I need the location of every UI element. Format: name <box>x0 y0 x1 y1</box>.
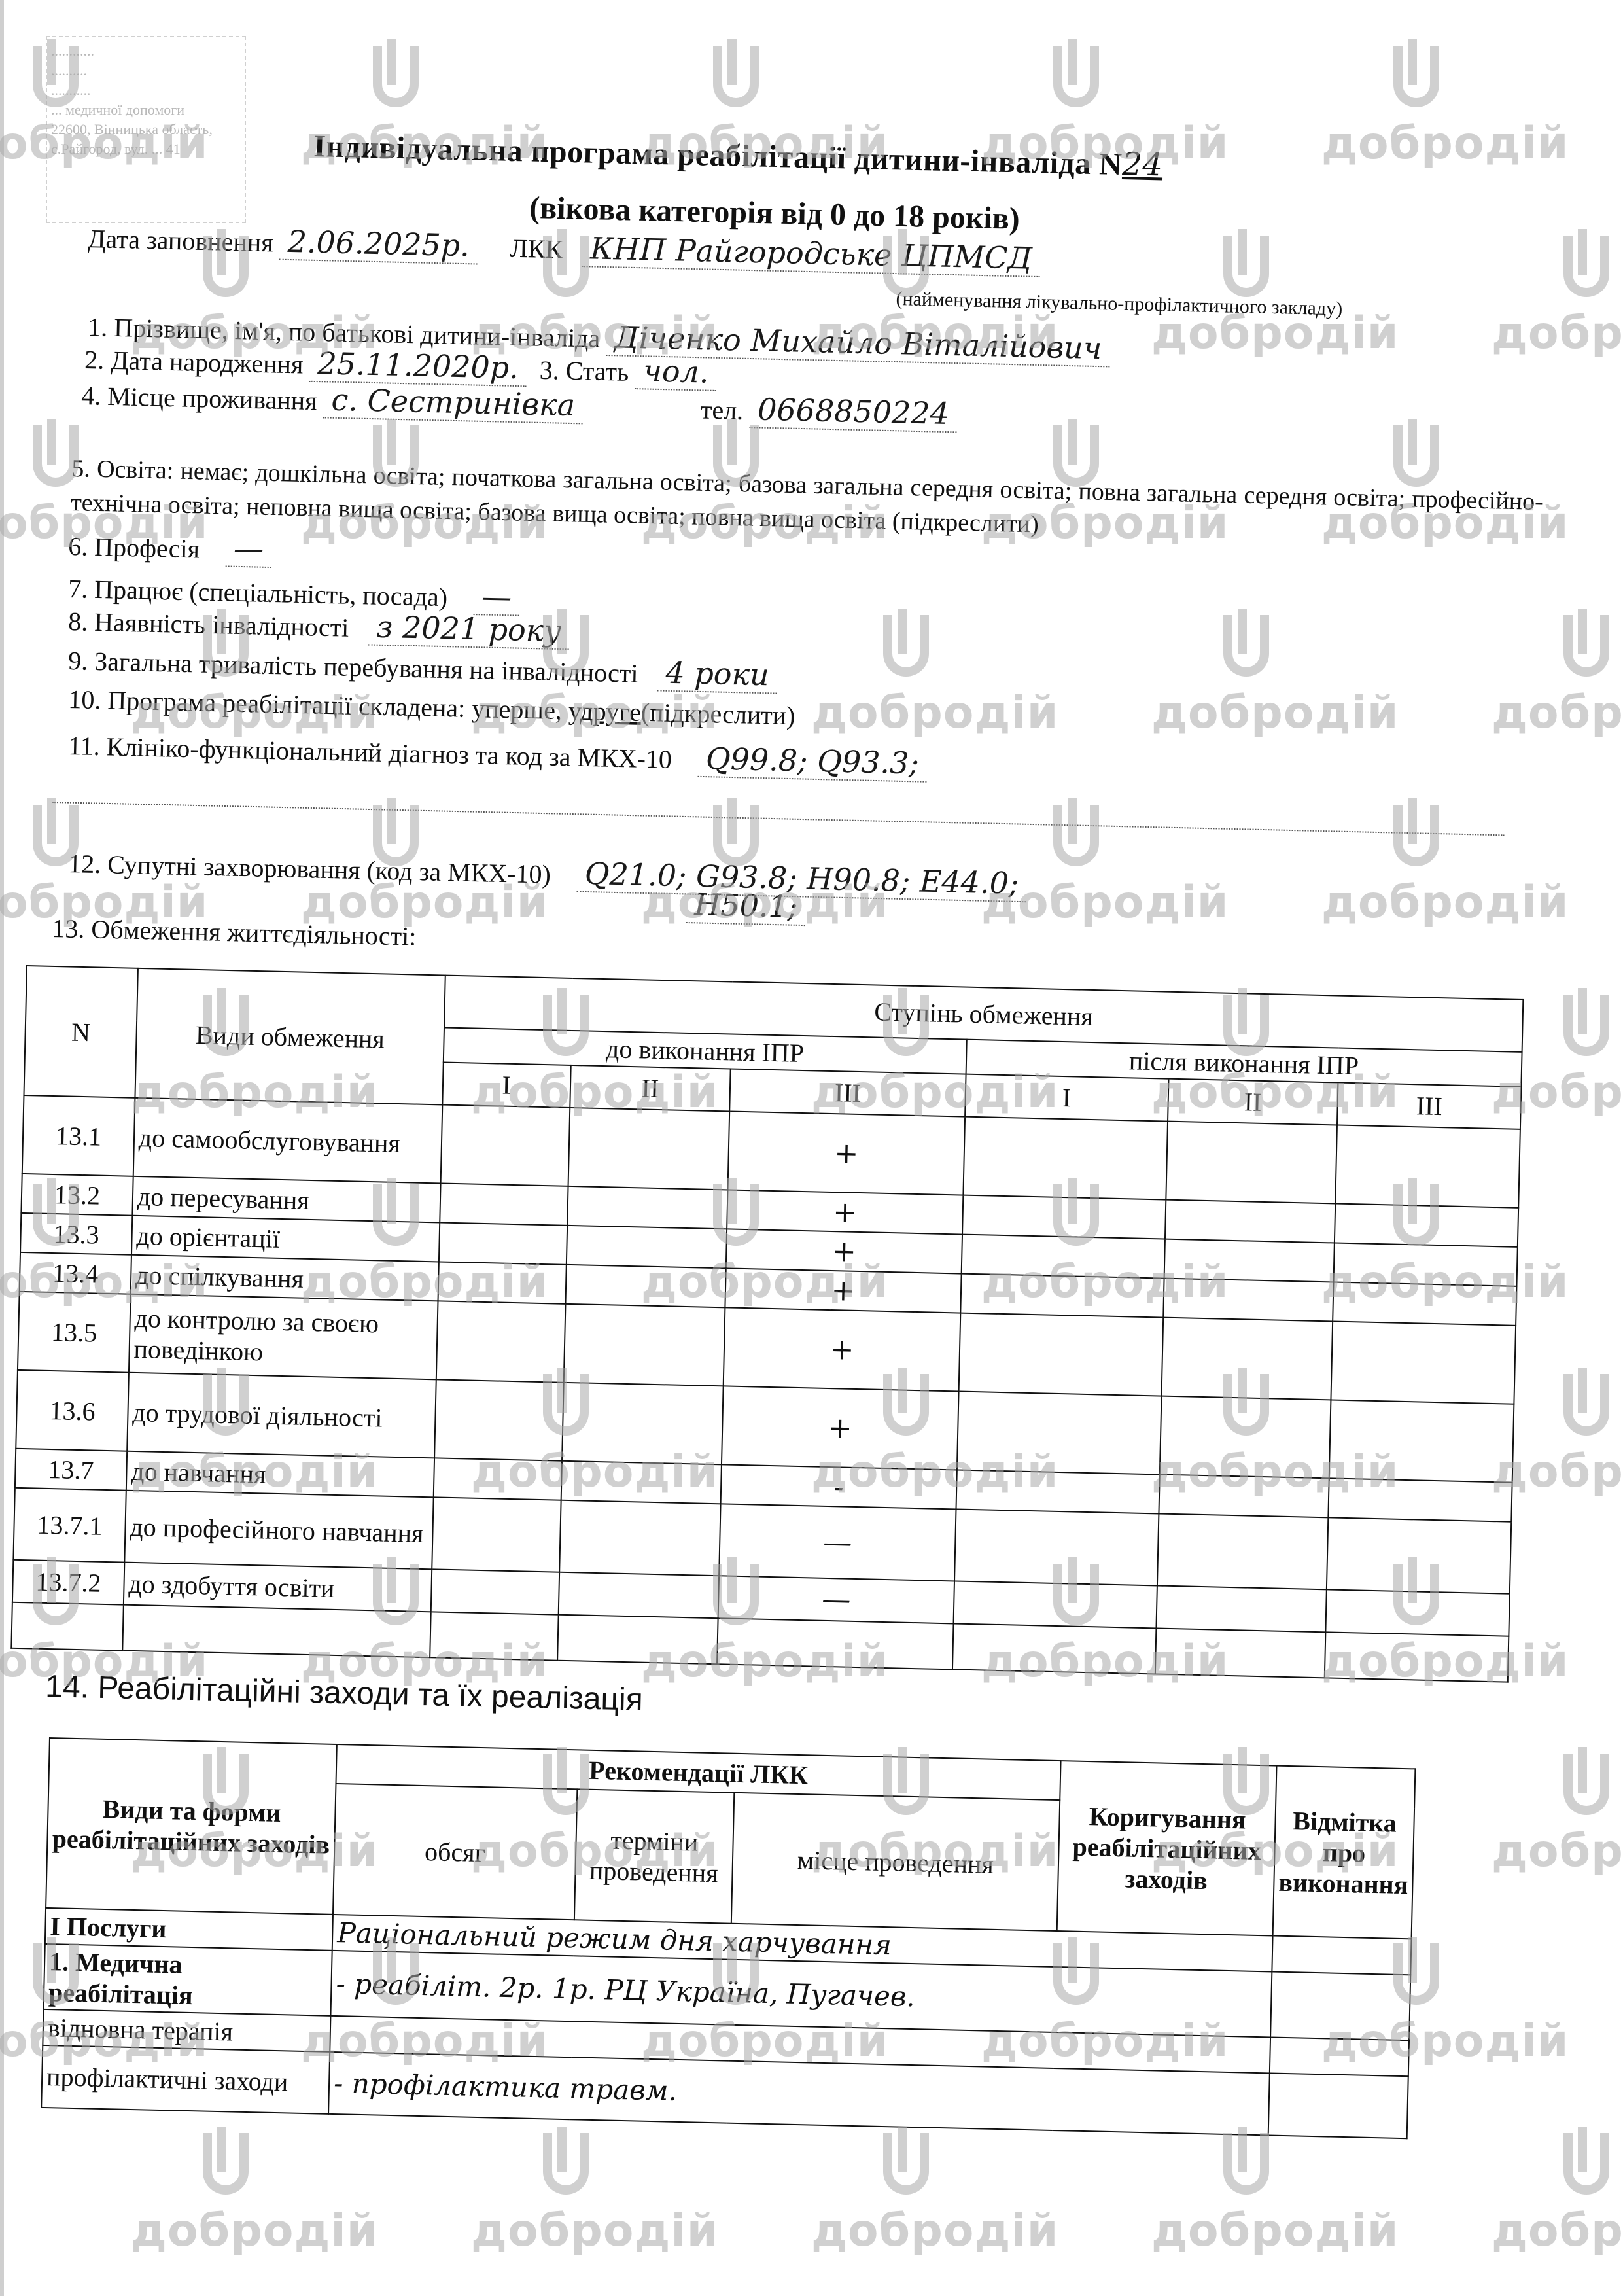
program-suffix: (підкреслити) <box>640 698 795 730</box>
limitation-type: до здобуття освіти <box>124 1563 432 1612</box>
before-degree-cell <box>440 1183 568 1225</box>
program-selected: удруге <box>568 696 641 727</box>
fill-date-label: Дата заповнення <box>88 224 273 257</box>
measure-type: I Послуги <box>45 1908 333 1951</box>
document-title: Індивідуальна програма реабілітації дити… <box>313 128 1361 188</box>
limitation-type: до пересування <box>132 1176 440 1223</box>
before-degree-cell <box>558 1572 719 1619</box>
before-degree-cell <box>566 1226 727 1269</box>
after-degree-cell <box>1335 1204 1518 1247</box>
after-degree-cell <box>1334 1243 1518 1286</box>
col-volume-header: обсяг <box>333 1784 577 1920</box>
before-degree-cell: — <box>718 1576 954 1623</box>
completion-mark-cell <box>1270 1972 1410 2041</box>
section-14-title: 14. Реабілітаційні заходи та їх реалізац… <box>45 1669 644 1718</box>
after-degree-cell <box>1159 1475 1329 1518</box>
after-level-2: II <box>1168 1079 1338 1125</box>
limitation-number: 13.7 <box>15 1449 127 1491</box>
before-degree-cell <box>433 1458 561 1500</box>
after-degree-cell <box>1331 1321 1516 1404</box>
limitation-number: 13.4 <box>20 1252 131 1294</box>
disability-label: 8. Наявність інвалідності <box>68 607 349 643</box>
duration-label: 9. Загальна тривалість перебування на ін… <box>68 646 638 688</box>
diagnosis-label: 11. Клініко-функціональний діагноз та ко… <box>68 731 672 774</box>
comorbid-label: 12. Супутні захворювання (код за МКХ-10) <box>68 849 551 889</box>
before-degree-cell <box>440 1104 569 1186</box>
profession-label: 6. Професія <box>68 531 200 564</box>
stamp-line: ........... <box>51 80 241 100</box>
before-degree-cell <box>562 1383 724 1465</box>
dobrodiy-logo-icon <box>543 2127 589 2199</box>
before-degree-cell: — <box>719 1504 956 1581</box>
before-degree-cell <box>561 1461 722 1504</box>
col-correction-header: Коригування реабілітаційних заходів <box>1057 1761 1277 1935</box>
limitation-number: 13.2 <box>21 1174 133 1216</box>
diagnosis-extra-line <box>52 802 1504 836</box>
after-degree-cell <box>1157 1513 1328 1589</box>
before-degree-cell <box>434 1379 563 1460</box>
after-degree-cell <box>1326 1589 1510 1636</box>
after-degree-cell <box>957 1392 1161 1475</box>
dobrodiy-logo-icon <box>883 2127 929 2199</box>
stamp-line: ............ <box>51 41 241 61</box>
watermark-text: добродій <box>471 2205 718 2257</box>
dobrodiy-logo-icon <box>1223 609 1269 680</box>
after-degree-cell <box>1161 1318 1333 1400</box>
before-degree-cell: - <box>721 1464 957 1509</box>
stamp-line: 22600, Вінницька область, <box>51 120 241 139</box>
measure-type: профілактичні заходи <box>41 2045 330 2114</box>
after-degree-cell <box>958 1313 1162 1396</box>
before-degree-cell: + <box>726 1229 962 1273</box>
watermark-text: добродій <box>1492 308 1623 359</box>
after-degree-cell <box>954 1509 1159 1585</box>
before-degree-cell <box>563 1304 725 1386</box>
birth-date-label: 2. Дата народження <box>84 345 304 380</box>
before-degree-cell <box>438 1262 566 1303</box>
disability-value: з 2021 року <box>368 609 570 650</box>
before-level-2: II <box>570 1065 731 1112</box>
dobrodiy-logo-icon <box>1393 39 1439 111</box>
before-degree-cell <box>567 1186 728 1229</box>
after-level-1: I <box>965 1074 1168 1122</box>
watermark-text: добродій <box>811 687 1058 739</box>
after-degree-cell <box>1164 1239 1335 1282</box>
limitations-table: N Види обмеження Ступінь обмеження до ви… <box>10 965 1524 1683</box>
fill-date-value: 2.06.2025р. <box>279 224 478 265</box>
employed-value: — <box>474 578 520 616</box>
sex-label: 3. Стать <box>539 355 629 387</box>
before-degree-cell: + <box>722 1386 958 1470</box>
before-degree-cell <box>717 1618 953 1669</box>
before-degree-cell <box>430 1612 558 1660</box>
dobrodiy-logo-icon <box>1563 2127 1609 2199</box>
limitation-type: до професійного навчання <box>124 1491 433 1570</box>
field-comorbid: 12. Супутні захворювання (код за МКХ-10)… <box>68 844 1027 901</box>
after-degree-cell <box>1166 1122 1337 1204</box>
col-place-header: місце проведення <box>731 1793 1060 1931</box>
col-measure-types-header: Види та форми реабілітаційних заходів <box>46 1738 337 1915</box>
lkk-label: ЛКК <box>510 234 563 264</box>
completion-mark-cell <box>1268 2073 1408 2138</box>
after-degree-cell <box>962 1235 1165 1279</box>
before-degree-cell: + <box>728 1111 965 1195</box>
dobrodiy-logo-icon <box>1393 419 1439 491</box>
residence-label: 4. Місце проживання <box>81 381 317 415</box>
after-degree-cell <box>953 1581 1157 1628</box>
after-degree-cell <box>1327 1517 1511 1593</box>
before-degree-cell: + <box>727 1190 963 1234</box>
limitation-number: 13.3 <box>20 1213 132 1255</box>
limitation-type: до спілкування <box>131 1255 439 1301</box>
before-degree-cell <box>565 1265 726 1308</box>
limitation-number: 13.7.2 <box>12 1560 124 1605</box>
before-degree-cell <box>430 1569 559 1614</box>
dobrodiy-logo-icon <box>1563 1368 1609 1439</box>
limitation-number: 13.5 <box>18 1292 131 1373</box>
institution-stamp: ............ .......... ........... ... … <box>46 36 246 223</box>
program-label: 10. Програма реабілітації складена: упер… <box>68 684 569 725</box>
profession-value: — <box>225 530 271 568</box>
after-degree-cell <box>1155 1628 1325 1678</box>
col-n-header: N <box>24 966 137 1098</box>
limitation-type: до трудової діяльності <box>127 1373 436 1458</box>
scan-edge <box>0 0 4 2296</box>
section-13-title: 13. Обмеження життєдіяльності: <box>52 913 417 952</box>
comorbid-value-2: H50.1; <box>686 887 806 926</box>
after-degree-cell <box>1164 1200 1335 1243</box>
watermark-text: добродій <box>1492 687 1623 739</box>
after-degree-cell <box>963 1117 1167 1200</box>
dobrodiy-logo-icon <box>1563 1747 1609 1819</box>
completion-mark-cell <box>1270 2037 1409 2076</box>
before-level-1: I <box>442 1063 570 1108</box>
limitation-number: 13.1 <box>22 1095 135 1176</box>
birth-date-value: 25.11.2020р. <box>309 345 527 387</box>
dobrodiy-logo-icon <box>203 2127 249 2199</box>
limitation-type: до орієнтації <box>131 1216 440 1262</box>
field-profession: 6. Професія — <box>68 527 272 567</box>
phone-value: 0668850224 <box>750 391 958 433</box>
title-text: Індивідуальна програма реабілітації дити… <box>313 129 1123 182</box>
field-diagnosis: 11. Клініко-функціональний діагноз та ко… <box>68 726 928 781</box>
lkk-note: (найменування лікувально-профілактичного… <box>896 288 1342 320</box>
after-degree-cell <box>1333 1282 1516 1325</box>
before-degree-cell <box>436 1301 565 1382</box>
limitation-number: 13.7.1 <box>13 1488 126 1563</box>
stamp-line: .......... <box>51 61 241 80</box>
dobrodiy-logo-icon <box>1563 988 1609 1060</box>
before-degree-cell <box>557 1615 718 1665</box>
limitation-number: 13.6 <box>16 1370 129 1451</box>
dobrodiy-logo-icon <box>1223 2127 1269 2199</box>
dobrodiy-logo-icon <box>1223 229 1269 301</box>
col-completion-mark-header: Відмітка про виконання <box>1273 1766 1416 1939</box>
measure-type: 1. Медична реабілітація <box>44 1944 332 2016</box>
after-degree-cell <box>952 1623 1156 1674</box>
sex-value: чол. <box>635 353 717 391</box>
diagnosis-value: Q99.8; Q93.3; <box>697 741 927 783</box>
after-degree-cell <box>1329 1478 1512 1521</box>
limitation-type <box>122 1605 430 1658</box>
dobrodiy-logo-icon <box>373 39 419 111</box>
after-degree-cell <box>1325 1632 1509 1682</box>
watermark-text: добродій <box>1492 2205 1623 2257</box>
duration-value: 4 роки <box>657 654 777 694</box>
document-page: ............ .......... ........... ... … <box>0 0 1623 2296</box>
limitation-type: до самообслуговування <box>133 1098 442 1184</box>
dobrodiy-logo-icon <box>1053 798 1099 870</box>
watermark-text: добродій <box>811 2205 1058 2257</box>
completion-mark-cell <box>1272 1936 1411 1975</box>
before-degree-cell <box>559 1500 721 1576</box>
field-duration: 9. Загальна тривалість перебування на ін… <box>68 641 778 693</box>
before-degree-cell <box>439 1222 567 1264</box>
after-degree-cell <box>1156 1585 1327 1632</box>
limitation-type: до навчання <box>126 1451 434 1498</box>
dobrodiy-logo-icon <box>883 609 929 680</box>
watermark-text: добродій <box>1492 1826 1623 1877</box>
rehab-measures-table: Види та форми реабілітаційних заходів Ре… <box>41 1737 1416 2139</box>
col-terms-header: терміни проведення <box>574 1789 734 1923</box>
comorbid-continued: H50.1; <box>686 887 806 925</box>
after-degree-cell <box>1159 1396 1331 1479</box>
before-degree-cell: + <box>725 1268 962 1313</box>
limitation-number <box>11 1602 123 1651</box>
dobrodiy-logo-icon <box>713 39 759 111</box>
watermark-text: добродій <box>1151 687 1399 739</box>
stamp-line: с.Райгород, вул. ... 41 <box>51 139 241 159</box>
document-subtitle: (вікова категорія від 0 до 18 років) <box>529 190 1021 237</box>
after-level-3: III <box>1337 1083 1521 1129</box>
limitation-type: до контролю за своєю поведінкою <box>129 1294 438 1380</box>
dobrodiy-logo-icon <box>1053 39 1099 111</box>
dobrodiy-logo-icon <box>1563 609 1609 680</box>
col-types-header: Види обмеження <box>135 968 445 1105</box>
watermark-text: добродій <box>1321 877 1569 928</box>
lkk-value: КНП Райгородське ЦПМСД <box>582 230 1041 277</box>
dobrodiy-logo-icon <box>1563 229 1609 301</box>
program-number: 24 <box>1122 146 1163 183</box>
before-degree-cell <box>568 1108 729 1190</box>
education-options: 5. Освіта: немає; дошкільна освіта; поча… <box>71 451 1544 553</box>
watermark-text: добродій <box>131 2205 378 2257</box>
before-level-3: III <box>729 1069 966 1116</box>
before-degree-cell <box>432 1497 561 1572</box>
after-degree-cell <box>960 1274 1164 1318</box>
watermark-text: добродій <box>1151 2205 1399 2257</box>
dobrodiy-logo-icon <box>1393 798 1439 870</box>
after-degree-cell <box>1335 1125 1520 1208</box>
after-degree-cell <box>1329 1400 1514 1482</box>
residence-value: с. Сестринівка <box>323 381 584 424</box>
before-degree-cell: + <box>724 1307 960 1391</box>
stamp-line: ... медичної допомоги <box>51 100 241 120</box>
after-degree-cell <box>1163 1279 1334 1322</box>
phone-label: тел. <box>701 395 744 425</box>
after-degree-cell <box>956 1470 1159 1513</box>
measure-type: відновна терапія <box>43 2009 330 2052</box>
after-degree-cell <box>962 1195 1166 1239</box>
